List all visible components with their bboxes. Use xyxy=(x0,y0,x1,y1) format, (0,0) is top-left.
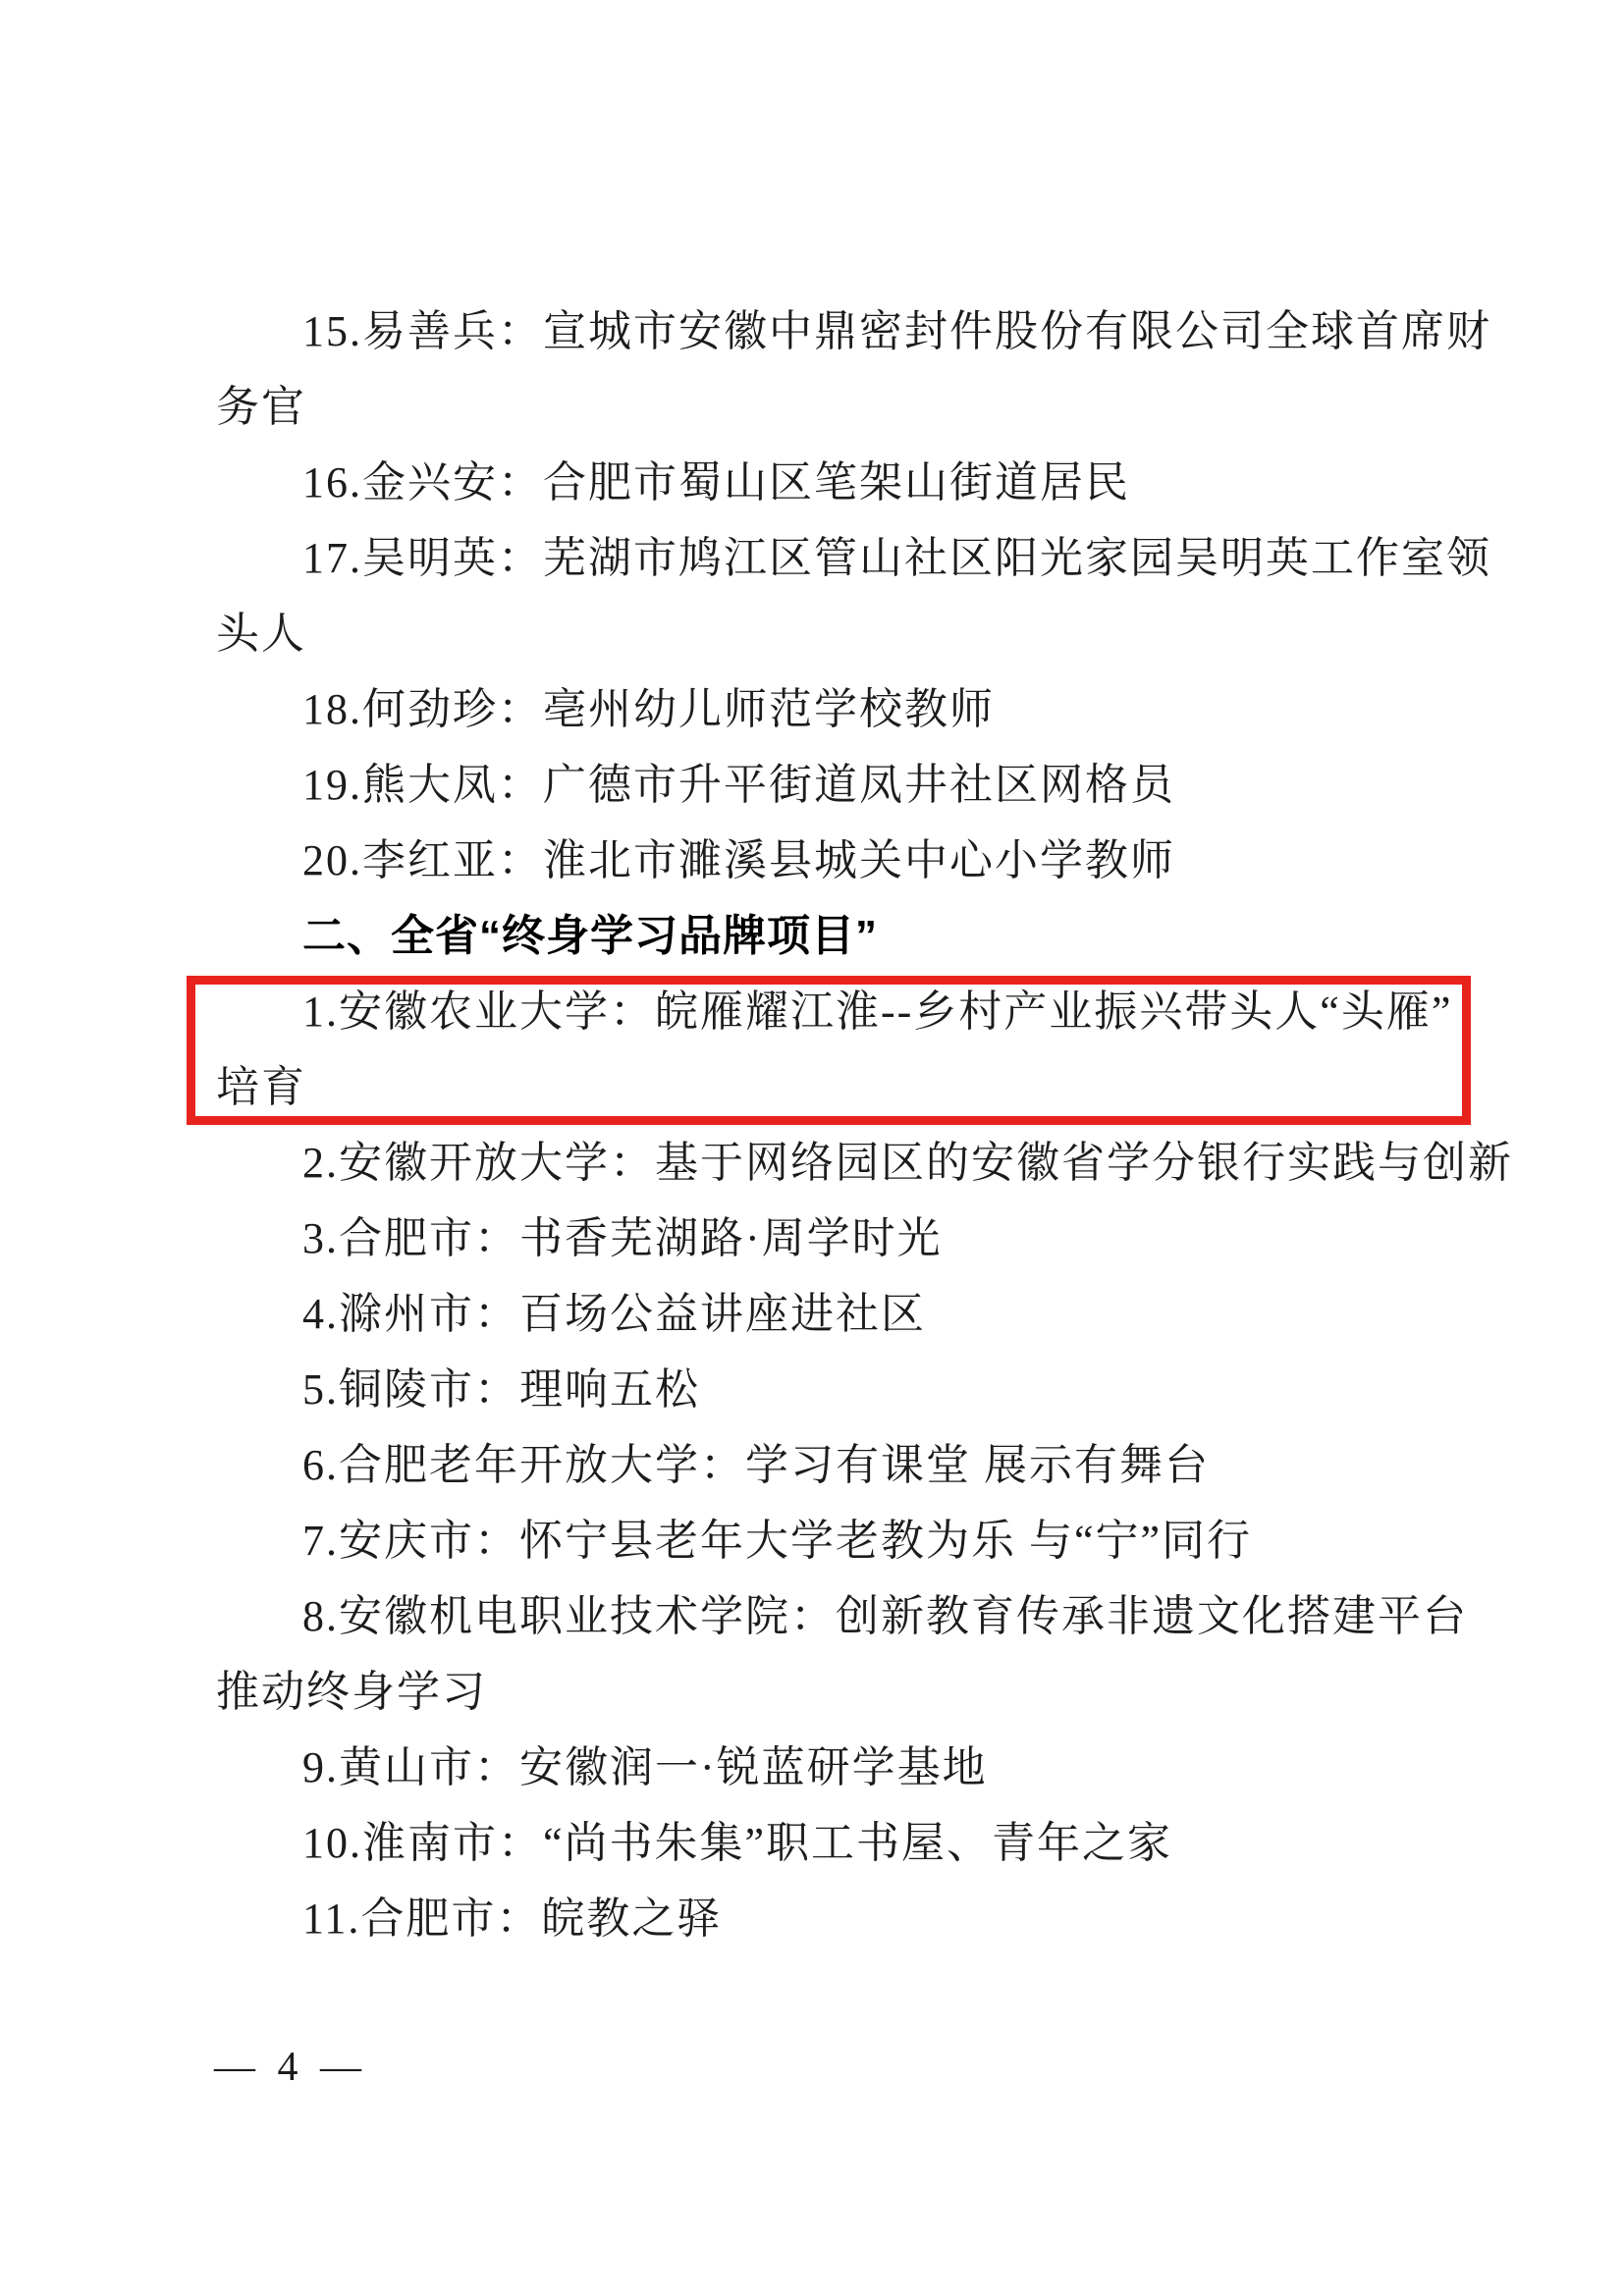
brand-item-3: 3.合肥市：书香芜湖路·周学时光 xyxy=(216,1196,1463,1271)
list-item-16: 16.金兴安：合肥市蜀山区笔架山街道居民 xyxy=(216,440,1463,515)
list-item-20: 20.李红亚：淮北市濉溪县城关中心小学教师 xyxy=(216,818,1463,893)
brand-item-5: 5.铜陵市：理响五松 xyxy=(216,1347,1463,1422)
brand-item-6: 6.合肥老年开放大学：学习有课堂 展示有舞台 xyxy=(216,1422,1463,1498)
list-item-17-continuation: 头人 xyxy=(216,591,1463,667)
list-item-15-continuation: 务官 xyxy=(216,364,1463,440)
document-body: 15.易善兵：宣城市安徽中鼎密封件股份有限公司全球首席财 务官 16.金兴安：合… xyxy=(216,289,1463,1951)
brand-item-4: 4.滁州市：百场公益讲座进社区 xyxy=(216,1271,1463,1347)
brand-item-8: 8.安徽机电职业技术学院：创新教育传承非遗文化搭建平台 xyxy=(216,1574,1463,1649)
page-number: — 4 — xyxy=(214,2044,367,2091)
document-page: 15.易善兵：宣城市安徽中鼎密封件股份有限公司全球首席财 务官 16.金兴安：合… xyxy=(0,0,1624,2296)
brand-item-1: 1.安徽农业大学：皖雁耀江淮--乡村产业振兴带头人“头雁” xyxy=(216,969,1463,1044)
brand-item-8-continuation: 推动终身学习 xyxy=(216,1649,1463,1725)
list-item-17: 17.吴明英：芜湖市鸠江区管山社区阳光家园吴明英工作室领 xyxy=(216,515,1463,591)
brand-item-1-continuation: 培育 xyxy=(216,1044,1463,1120)
brand-item-2: 2.安徽开放大学：基于网络园区的安徽省学分银行实践与创新 xyxy=(216,1120,1463,1196)
list-item-18: 18.何劲珍：亳州幼儿师范学校教师 xyxy=(216,667,1463,742)
brand-item-7: 7.安庆市：怀宁县老年大学老教为乐 与“宁”同行 xyxy=(216,1498,1463,1574)
brand-item-10: 10.淮南市：“尚书朱集”职工书屋、青年之家 xyxy=(216,1800,1463,1876)
section-heading: 二、全省“终身学习品牌项目” xyxy=(216,893,1463,969)
list-item-15: 15.易善兵：宣城市安徽中鼎密封件股份有限公司全球首席财 xyxy=(216,289,1463,364)
list-item-19: 19.熊大凤：广德市升平街道凤井社区网格员 xyxy=(216,742,1463,818)
brand-item-9: 9.黄山市：安徽润一·锐蓝研学基地 xyxy=(216,1725,1463,1800)
brand-item-11: 11.合肥市：皖教之驿 xyxy=(216,1876,1463,1951)
